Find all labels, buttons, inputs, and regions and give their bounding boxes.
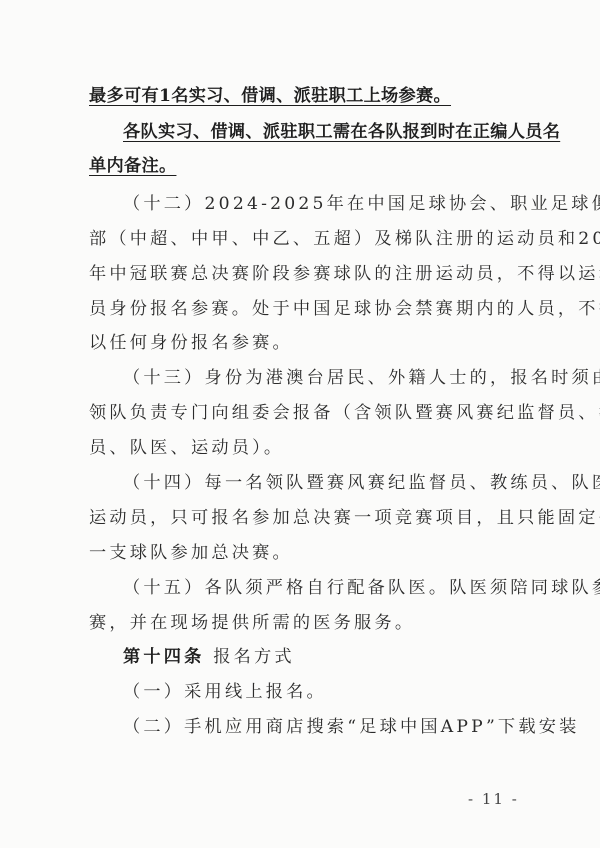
paragraph-line: 年中冠联赛总决赛阶段参赛球队的注册运动员，不得以运动 bbox=[89, 262, 600, 286]
paragraph-line: （十五）各队须严格自行配备队医。队医须陪同球队参 bbox=[123, 576, 600, 600]
paragraph-line: （十三）身份为港澳台居民、外籍人士的，报名时须由 bbox=[123, 366, 600, 390]
paragraph-line: 领队负责专门向组委会报备（含领队暨赛风赛纪监督员、教练 bbox=[89, 401, 600, 425]
paragraph-line: 以任何身份报名参赛。 bbox=[89, 331, 293, 355]
article-title: 报名方式 bbox=[213, 647, 295, 667]
page-number: - 11 - bbox=[468, 790, 519, 808]
paragraph-line: 一支球队参加总决赛。 bbox=[89, 541, 293, 565]
paragraph-line: 各队实习、借调、派驻职工需在各队报到时在正编人员名 bbox=[123, 120, 560, 144]
paragraph-line: 最多可有1名实习、借调、派驻职工上场参赛。 bbox=[89, 84, 451, 108]
paragraph-line: 员身份报名参赛。处于中国足球协会禁赛期内的人员，不得 bbox=[89, 297, 600, 321]
paragraph-line: （十二）2024-2025年在中国足球协会、职业足球俱乐 bbox=[123, 192, 600, 216]
paragraph-line: 部（中超、中甲、中乙、五超）及梯队注册的运动员和2025 bbox=[89, 227, 600, 251]
paragraph-line: （十四）每一名领队暨赛风赛纪监督员、教练员、队医、 bbox=[123, 471, 600, 495]
list-item: （二）手机应用商店搜索“足球中国APP”下载安装 bbox=[123, 715, 579, 739]
paragraph-line: 运动员，只可报名参加总决赛一项竞赛项目，且只能固定代表 bbox=[89, 506, 600, 530]
article-heading: 第十四条 报名方式 bbox=[123, 645, 295, 669]
article-number: 第十四条 bbox=[123, 647, 205, 667]
paragraph-line: 赛，并在现场提供所需的医务服务。 bbox=[89, 611, 415, 635]
paragraph-line: 员、队医、运动员）。 bbox=[89, 436, 284, 460]
list-item: （一）采用线上报名。 bbox=[123, 680, 327, 704]
paragraph-line: 单内备注。 bbox=[89, 154, 176, 178]
